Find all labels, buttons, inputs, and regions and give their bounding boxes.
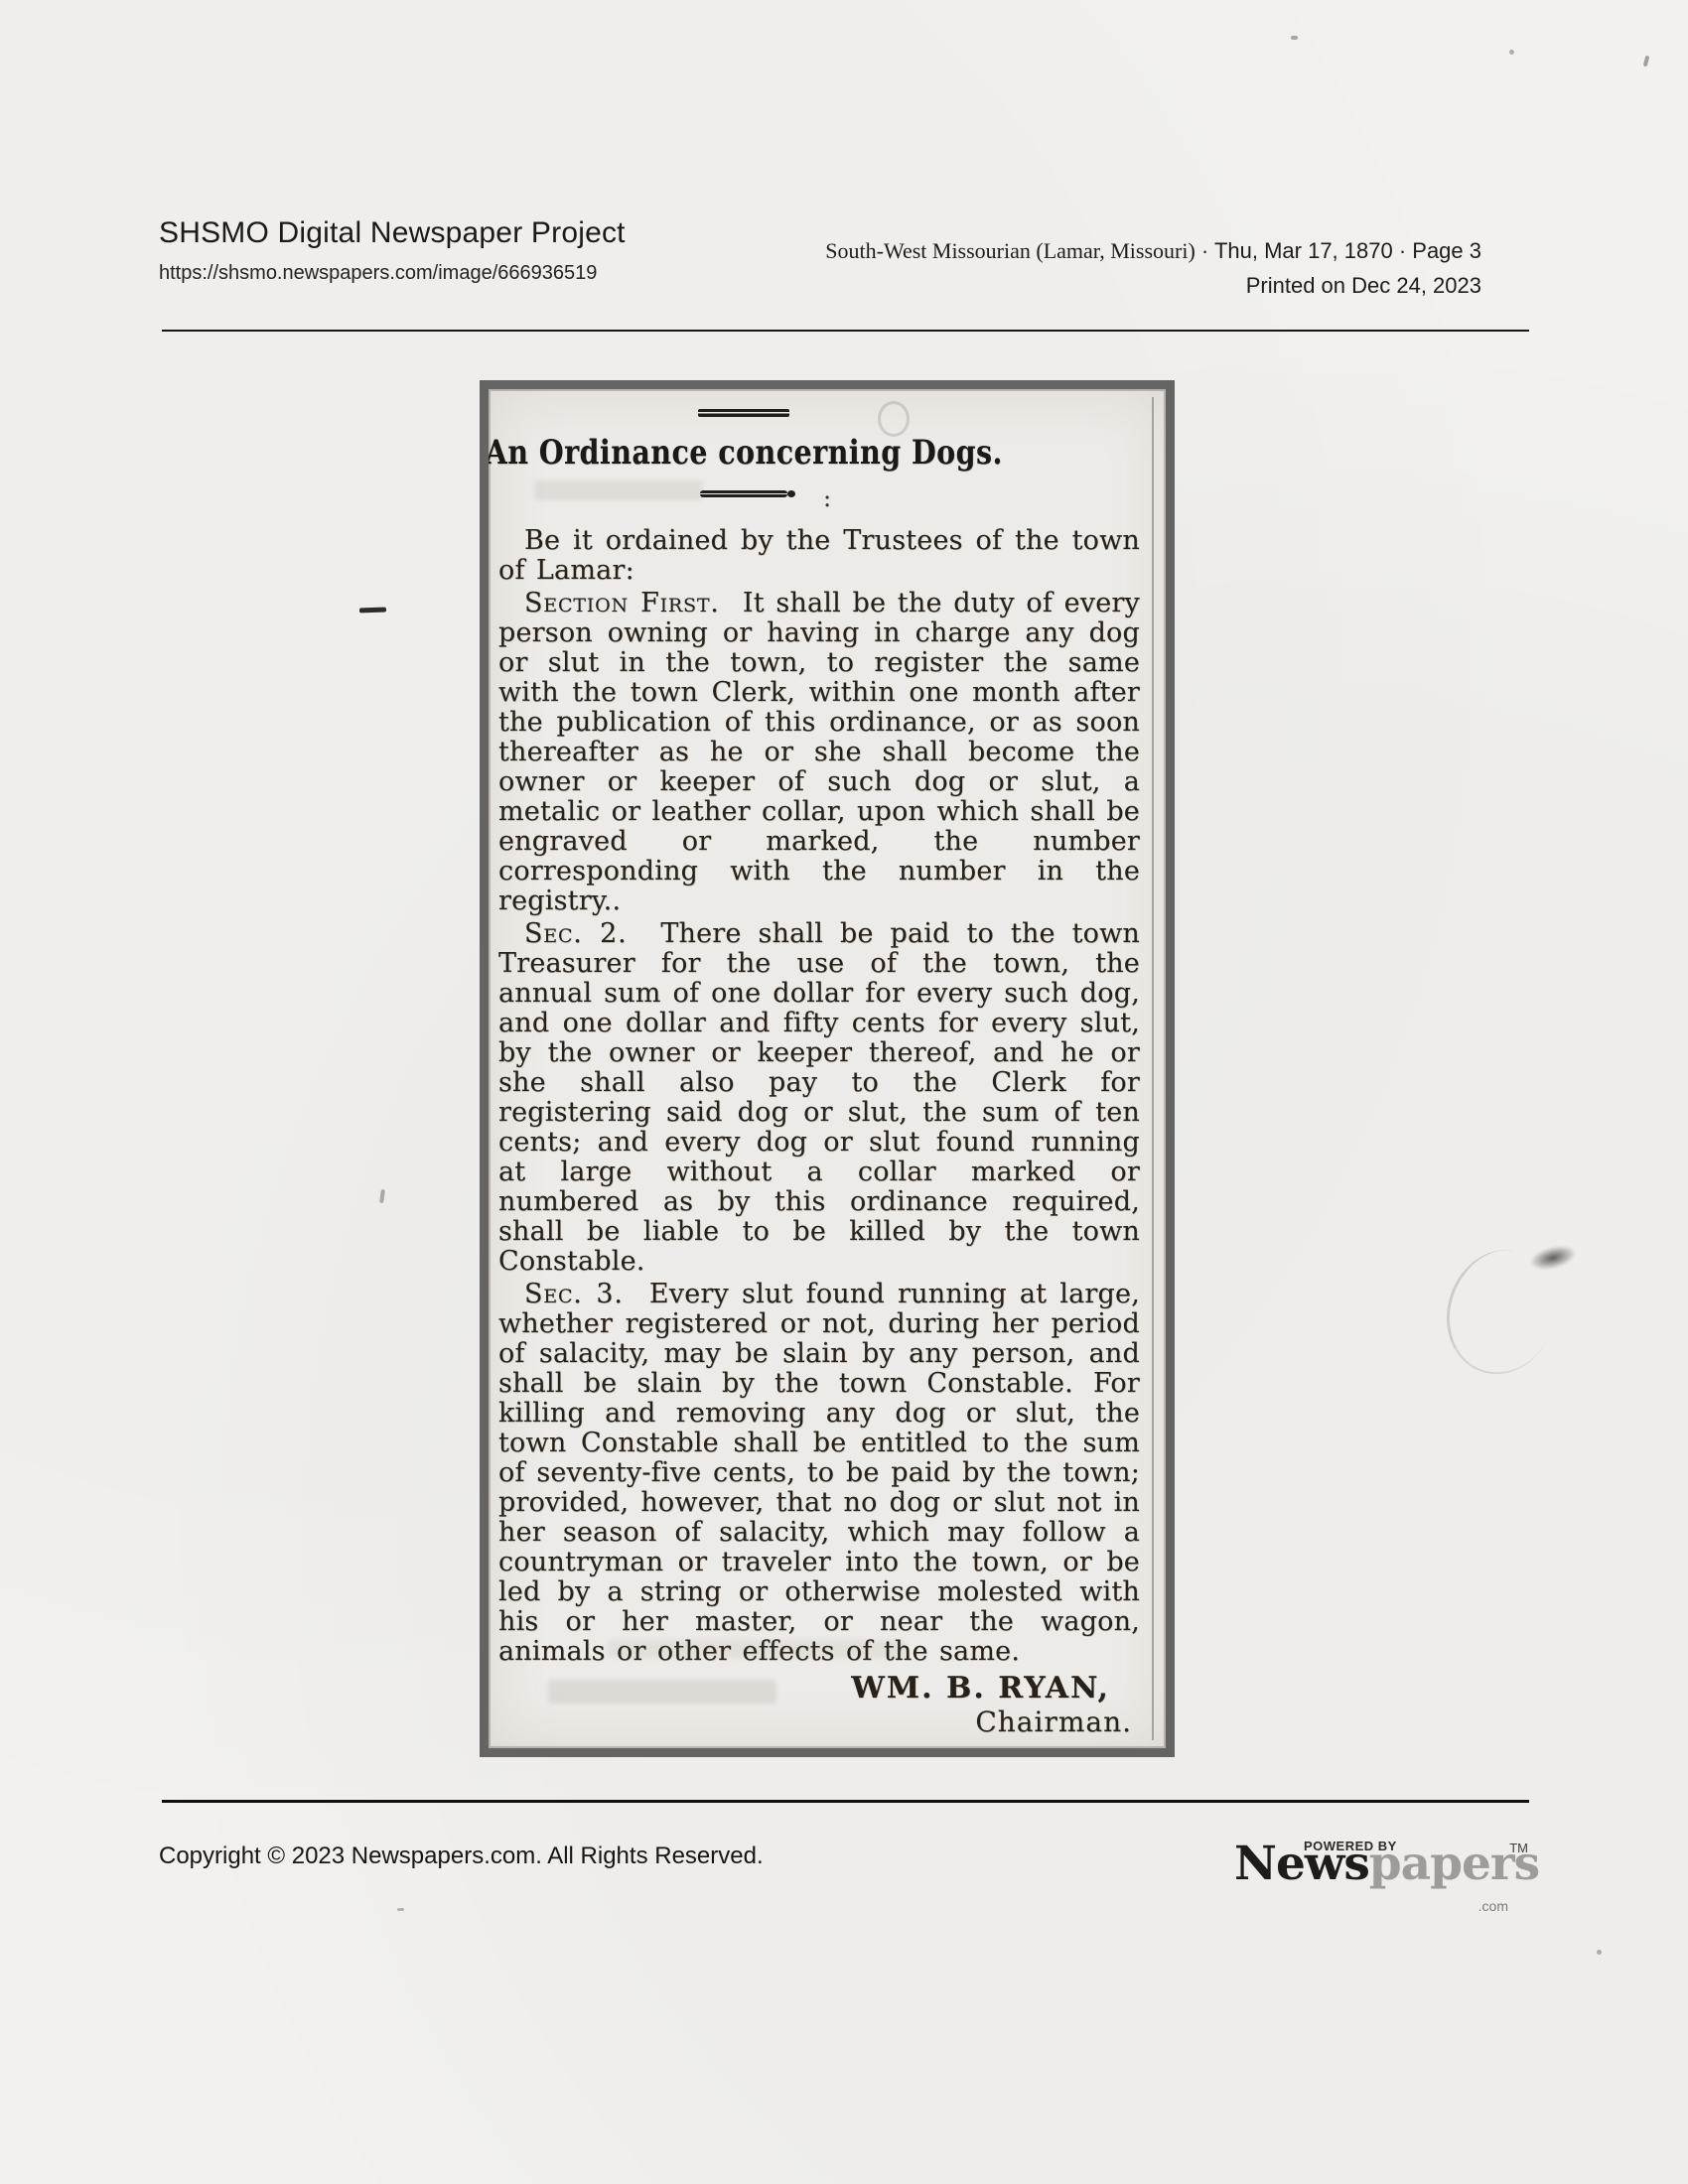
scan-artifact-dot xyxy=(397,1908,404,1911)
project-title: SHSMO Digital Newspaper Project xyxy=(159,216,626,250)
citation-line: South-West Missourian (Lamar, Missouri) … xyxy=(825,238,1481,264)
ink-mark: : xyxy=(823,484,831,512)
header-left: SHSMO Digital Newspaper Project https://… xyxy=(159,216,626,285)
article-headline-text: An Ordinance concerning Dogs. xyxy=(489,433,1003,473)
copyright-notice: Copyright © 2023 Newspapers.com. All Rig… xyxy=(159,1843,764,1870)
logo-dotcom-text: .com xyxy=(1478,1898,1508,1914)
printed-page: SHSMO Digital Newspaper Project https://… xyxy=(0,0,1688,2184)
newspaper-name: South-West Missourian (Lamar, Missouri) xyxy=(825,238,1196,263)
source-url: https://shsmo.newspapers.com/image/66693… xyxy=(159,262,626,285)
headline-bottom-rule xyxy=(700,490,787,497)
scan-artifact-dot xyxy=(1643,56,1650,68)
powered-by-label: POWERED BY xyxy=(1304,1839,1397,1853)
paragraph-section-1: Section First. It shall be the duty of e… xyxy=(498,589,1140,916)
section-3-text: Every slut found running at large, wheth… xyxy=(498,1279,1140,1667)
column-rule-line xyxy=(1152,397,1154,1740)
headline-top-rule xyxy=(698,409,789,417)
scan-artifact-dot xyxy=(1291,36,1298,40)
headline-bottom-rule-row: : xyxy=(498,490,1140,500)
signature-title: Chairman. xyxy=(498,1706,1140,1738)
section-2-lead: Sec. 2. xyxy=(524,918,628,949)
article-headline: An Ordinance concerning Dogs. xyxy=(489,433,1064,473)
scan-artifact xyxy=(878,401,910,437)
citation-meta: · Thu, Mar 17, 1870 · Page 3 xyxy=(1196,238,1481,263)
header-divider-rule xyxy=(162,330,1529,332)
article: An Ordinance concerning Dogs. : Be it or… xyxy=(489,389,1166,1748)
section-2-text: There shall be paid to the town Treasure… xyxy=(498,918,1140,1277)
scan-artifact-tick xyxy=(379,1189,385,1203)
paragraph-intro: Be it ordained by the Trustees of the to… xyxy=(498,526,1140,586)
clerk-name: R. P. Smith, xyxy=(498,1747,682,1748)
scan-bleedthrough xyxy=(548,1680,776,1704)
clerk-title: Clerk. xyxy=(682,1747,787,1748)
newspaper-clipping: An Ordinance concerning Dogs. : Be it or… xyxy=(480,380,1175,1757)
paragraph-section-3: Sec. 3. Every slut found running at larg… xyxy=(498,1280,1140,1667)
newspapers-com-logo: POWERED BY Newspapers TM .com xyxy=(1234,1837,1532,1916)
printed-date: Printed on Dec 24, 2023 xyxy=(825,273,1481,299)
clerk-attestation: R. P. Smith, Clerk. xyxy=(498,1747,1140,1748)
scan-artifact-dot xyxy=(1597,1950,1602,1955)
scan-artifact-smudge xyxy=(1527,1242,1579,1275)
trademark-symbol: TM xyxy=(1509,1841,1528,1855)
section-3-lead: Sec. 3. xyxy=(524,1279,624,1309)
article-body: Be it ordained by the Trustees of the to… xyxy=(498,526,1140,1748)
scan-artifact-dot xyxy=(1509,50,1514,55)
paragraph-section-2: Sec. 2. There shall be paid to the town … xyxy=(498,919,1140,1277)
footer-divider-rule xyxy=(162,1800,1529,1803)
header-right: South-West Missourian (Lamar, Missouri) … xyxy=(825,238,1481,299)
scan-bleedthrough xyxy=(608,1640,906,1658)
section-1-lead: Section First. xyxy=(524,588,720,618)
scan-artifact-dash xyxy=(359,608,386,614)
section-1-text: It shall be the duty of every person own… xyxy=(498,588,1140,916)
